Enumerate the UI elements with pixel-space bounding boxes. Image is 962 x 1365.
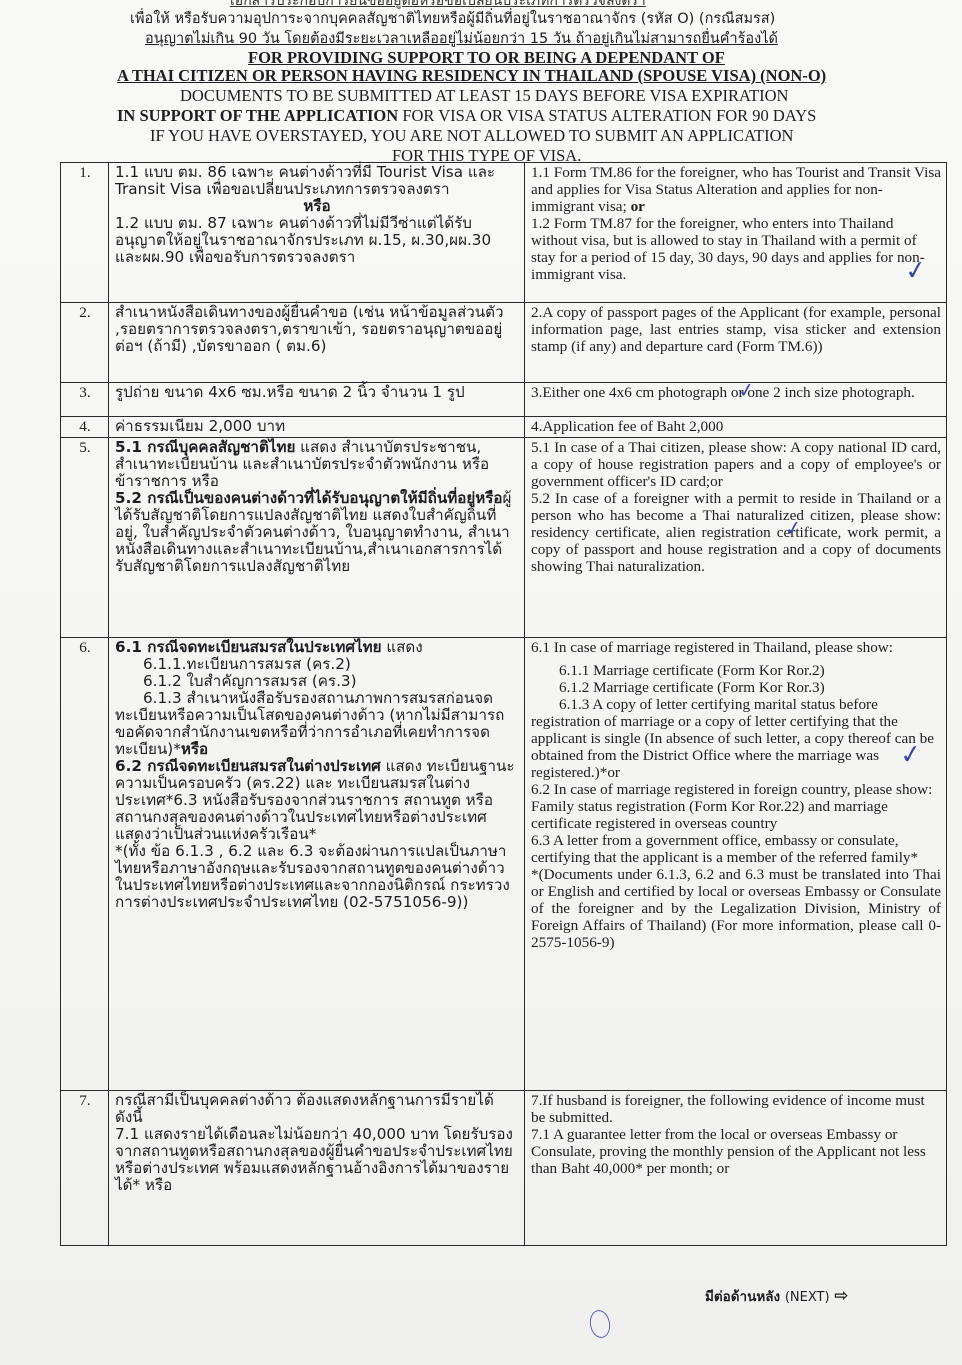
thai-or: หรือ — [181, 740, 208, 758]
row-english-text: 7.If husband is foreigner, the following… — [525, 1091, 947, 1246]
row-thai-text: รูปถ่าย ขนาด 4x6 ซม.หรือ ขนาด 2 นิ้ว จำน… — [109, 383, 525, 417]
thai-item-5-1-heading: 5.1 กรณีบุคคลสัญชาติไทย — [115, 438, 295, 456]
header-english-line-3: DOCUMENTS TO BE SUBMITTED AT LEAST 15 DA… — [180, 86, 788, 105]
header-english-line-4-rest: FOR VISA OR VISA STATUS ALTERATION FOR 9… — [398, 106, 816, 125]
row-thai-text: 1.1 แบบ ตม. 86 เฉพาะ คนต่างด้าวที่มี Tou… — [109, 163, 525, 303]
row-number: 3. — [61, 383, 109, 417]
english-item-7-1: 7.1 A guarantee letter from the local or… — [531, 1126, 941, 1177]
thai-item-6-1-1: 6.1.1.ทะเบียนการสมรส (คร.2) — [115, 656, 519, 673]
handwritten-mark-icon — [588, 1308, 613, 1339]
handwritten-check-icon: ✓ — [736, 377, 756, 403]
row-thai-text: 5.1 กรณีบุคคลสัญชาติไทย แสดง สำเนาบัตรปร… — [109, 438, 525, 638]
row-english-text: 5.1 In case of a Thai citizen, please sh… — [525, 438, 947, 638]
table-row: 6. 6.1 กรณีจดทะเบียนสมรสในประเทศไทย แสดง… — [61, 638, 947, 1091]
footer-next-label: (NEXT) — [785, 1290, 830, 1305]
row-english-text: 4.Application fee of Baht 2,000 — [525, 417, 947, 438]
row-thai-text: กรณีสามีเป็นบุคคลต่างด้าว ต้องแสดงหลักฐา… — [109, 1091, 525, 1246]
header-thai-line-1: เพื่อให้ หรือรับความอุปการะจากบุคคลสัญชา… — [130, 10, 775, 29]
header-english-line-1: FOR PROVIDING SUPPORT TO OR BEING A DEPE… — [248, 48, 725, 67]
english-item-6-1-2: 6.1.2 Marriage certificate (Form Kor Ror… — [531, 679, 941, 696]
row-thai-text: 6.1 กรณีจดทะเบียนสมรสในประเทศไทย แสดง 6.… — [109, 638, 525, 1091]
continued-next-page-note: มีต่อด้านหลัง (NEXT) ⇨ — [705, 1285, 848, 1307]
table-row: 2. สำเนาหนังสือเดินทางของผู้ยื่นคำขอ (เช… — [61, 303, 947, 383]
thai-note-6: *(ทั้ง ข้อ 6.1.3 , 6.2 และ 6.3 จะต้องผ่า… — [115, 843, 519, 911]
row-thai-text: ค่าธรรมเนียม 2,000 บาท — [109, 417, 525, 438]
english-item-5-1: 5.1 In case of a Thai citizen, please sh… — [531, 439, 941, 490]
english-item-6-1: 6.1 In case of marriage registered in Th… — [531, 639, 941, 656]
table-row: 3. รูปถ่าย ขนาด 4x6 ซม.หรือ ขนาด 2 นิ้ว … — [61, 383, 947, 417]
thai-item-1-2: 1.2 แบบ ตม. 87 เฉพาะ คนต่างด้าวที่ไม่มีว… — [115, 215, 519, 266]
row-thai-text: สำเนาหนังสือเดินทางของผู้ยื่นคำขอ (เช่น … — [109, 303, 525, 383]
thai-item-6-1-rest: แสดง — [382, 638, 423, 656]
row-number: 2. — [61, 303, 109, 383]
table-row: 5. 5.1 กรณีบุคคลสัญชาติไทย แสดง สำเนาบัต… — [61, 438, 947, 638]
scanned-document-page: เอกสารประกอบการยื่นขออยู่ต่อหรือขอเปลี่ย… — [0, 0, 962, 1365]
thai-item-1-1: 1.1 แบบ ตม. 86 เฉพาะ คนต่างด้าวที่มี Tou… — [115, 164, 519, 198]
row-english-text: 2.A copy of passport pages of the Applic… — [525, 303, 947, 383]
english-item-6-1-1: 6.1.1 Marriage certificate (Form Kor Ror… — [531, 662, 941, 679]
row-number: 6. — [61, 638, 109, 1091]
header-english-line-5: IF YOU HAVE OVERSTAYED, YOU ARE NOT ALLO… — [150, 126, 793, 145]
row-english-text: 1.1 Form TM.86 for the foreigner, who ha… — [525, 163, 947, 303]
thai-item-6-1-2: 6.1.2 ใบสำคัญการสมรส (คร.3) — [115, 673, 519, 690]
footer-thai-text: มีต่อด้านหลัง — [705, 1289, 780, 1305]
row-number: 7. — [61, 1091, 109, 1246]
row-english-text: 3.Either one 4x6 cm photograph or one 2 … — [525, 383, 947, 417]
row-english-text: 6.1 In case of marriage registered in Th… — [525, 638, 947, 1091]
english-item-6-1-3: 6.1.3 A copy of letter certifying marita… — [531, 696, 941, 781]
header-english-line-4: IN SUPPORT OF THE APPLICATION FOR VISA O… — [117, 106, 816, 125]
table-row: 1. 1.1 แบบ ตม. 86 เฉพาะ คนต่างด้าวที่มี … — [61, 163, 947, 303]
english-or: or — [627, 198, 645, 215]
handwritten-check-icon: ✓ — [903, 255, 929, 288]
table-row: 7. กรณีสามีเป็นบุคคลต่างด้าว ต้องแสดงหลั… — [61, 1091, 947, 1246]
thai-item-7: กรณีสามีเป็นบุคคลต่างด้าว ต้องแสดงหลักฐา… — [115, 1092, 519, 1126]
row-number: 5. — [61, 438, 109, 638]
header-english-line-4-bold: IN SUPPORT OF THE APPLICATION — [117, 106, 398, 125]
thai-item-7-1: 7.1 แสดงรายได้เดือนละไม่น้อยกว่า 40,000 … — [115, 1126, 519, 1194]
header-english-line-2: A THAI CITIZEN OR PERSON HAVING RESIDENC… — [117, 66, 826, 85]
thai-or: หรือ — [115, 198, 519, 215]
english-item-1-2: 1.2 Form TM.87 for the foreigner, who en… — [531, 215, 941, 283]
requirements-table: 1. 1.1 แบบ ตม. 86 เฉพาะ คนต่างด้าวที่มี … — [60, 162, 947, 1246]
row-number: 4. — [61, 417, 109, 438]
handwritten-check-icon: ✓ — [898, 739, 924, 772]
thai-item-5-2-heading: 5.2 กรณีเป็นของคนต่างด้าวที่ได้รับอนุญาต… — [115, 489, 503, 507]
english-item-6-3: 6.3 A letter from a government office, e… — [531, 832, 941, 866]
english-item-7: 7.If husband is foreigner, the following… — [531, 1092, 941, 1126]
thai-item-6-1-3: 6.1.3 สำเนาหนังสือรับรองสถานภาพการสมรสก่… — [115, 689, 504, 758]
row-number: 1. — [61, 163, 109, 303]
english-item-6-2: 6.2 In case of marriage registered in fo… — [531, 781, 941, 798]
english-item-1-1: 1.1 Form TM.86 for the foreigner, who ha… — [531, 164, 941, 215]
english-note-6: *(Documents under 6.1.3, 6.2 and 6.3 mus… — [531, 866, 941, 951]
thai-item-6-2-heading: 6.2 กรณีจดทะเบียนสมรสในต่างประเทศ — [115, 757, 381, 775]
header-thai-line-2: อนุญาตไม่เกิน 90 วัน โดยต้องมีระยะเวลาเห… — [145, 30, 778, 49]
arrow-right-icon: ⇨ — [834, 1286, 848, 1306]
english-item-6-2-detail: Family status registration (Form Kor Ror… — [531, 798, 941, 832]
handwritten-check-icon: ✓ — [783, 515, 803, 541]
thai-item-6-1-heading: 6.1 กรณีจดทะเบียนสมรสในประเทศไทย — [115, 638, 382, 656]
english-item-5-2: 5.2 In case of a foreigner with a permit… — [531, 490, 941, 575]
table-row: 4. ค่าธรรมเนียม 2,000 บาท 4.Application … — [61, 417, 947, 438]
